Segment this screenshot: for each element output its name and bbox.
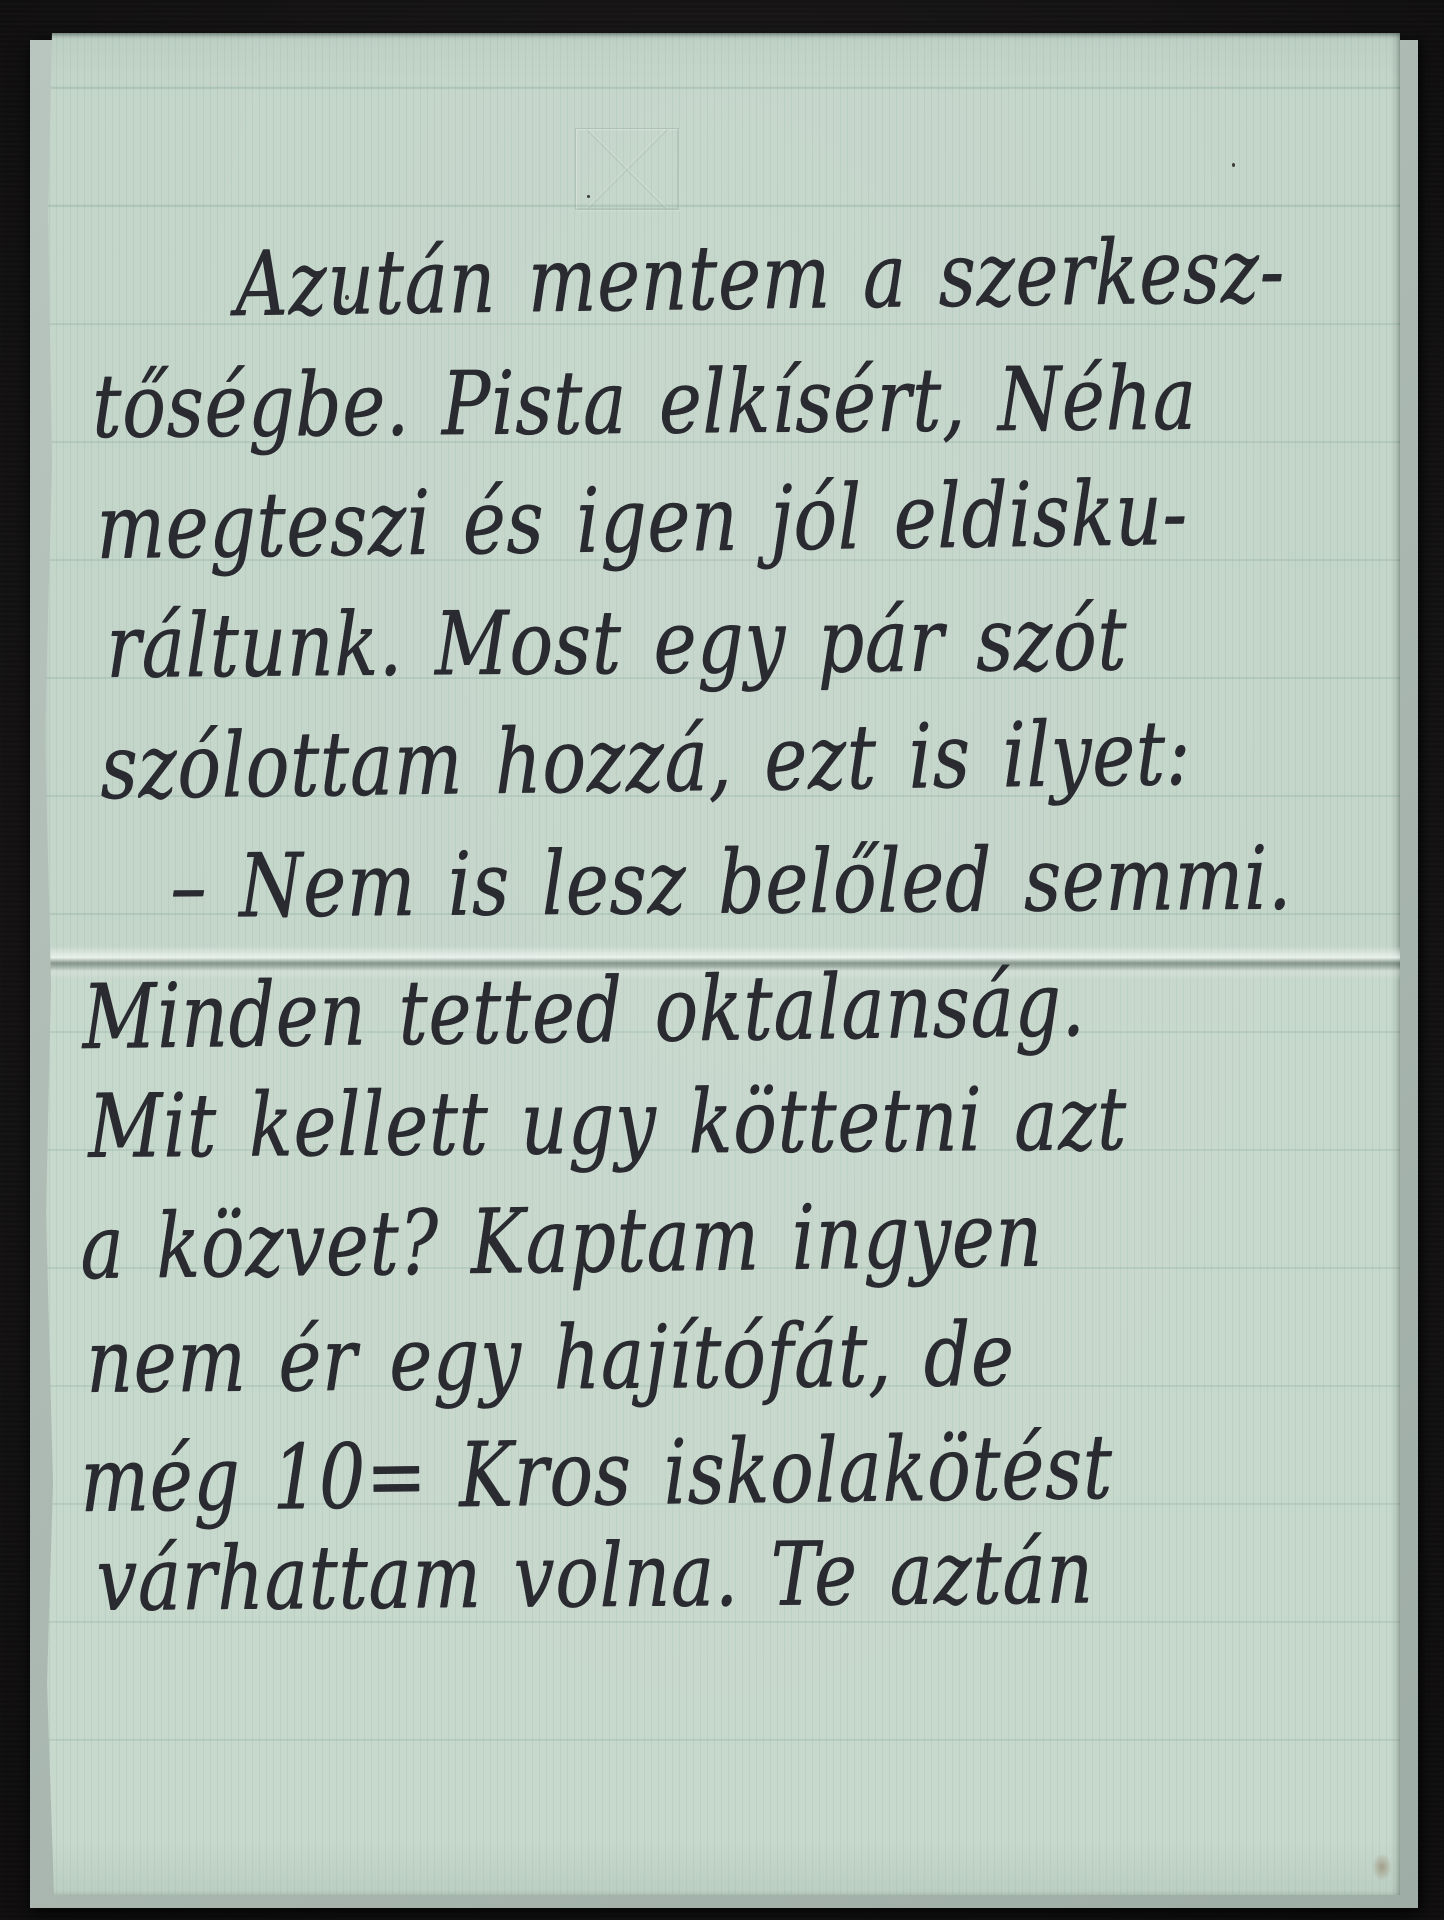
handwritten-line: szólottam hozzá, ezt is ilyet:	[100, 707, 1191, 815]
handwritten-line: ráltunk. Most egy pár szót	[106, 593, 1127, 693]
handwritten-line: várhattam volna. Te aztán	[96, 1527, 1094, 1627]
handwritten-line: Mit kellett ugy köttetni azt	[88, 1073, 1127, 1173]
handwritten-line: nem ér egy hajítófát, de	[86, 1309, 1015, 1408]
handwritten-line: megteszi és igen jól eldisku-	[96, 467, 1188, 575]
corner-stain	[1372, 1853, 1392, 1881]
ink-speck	[587, 195, 590, 198]
handwritten-line: a közvet? Kaptam ingyen	[80, 1189, 1043, 1295]
ink-speck	[1232, 163, 1235, 167]
handwritten-line: – Nem is lesz belőled semmi.	[170, 833, 1292, 934]
embossed-crest-stamp-icon	[575, 128, 679, 210]
handwritten-line: Minden tetted oktalanság.	[82, 958, 1086, 1065]
scanned-letter-photo: Azután mentem a szerkesz- tőségbe. Pista…	[0, 0, 1444, 1920]
ink-speck	[480, 1263, 484, 1266]
handwritten-line: tőségbe. Pista elkísért, Néha	[92, 353, 1197, 453]
handwritten-line: még 10= Kros iskolakötést	[80, 1421, 1113, 1528]
ink-speck	[345, 295, 349, 300]
letter-page: Azután mentem a szerkesz- tőségbe. Pista…	[42, 33, 1400, 1895]
handwritten-line: Azután mentem a szerkesz-	[235, 224, 1285, 331]
